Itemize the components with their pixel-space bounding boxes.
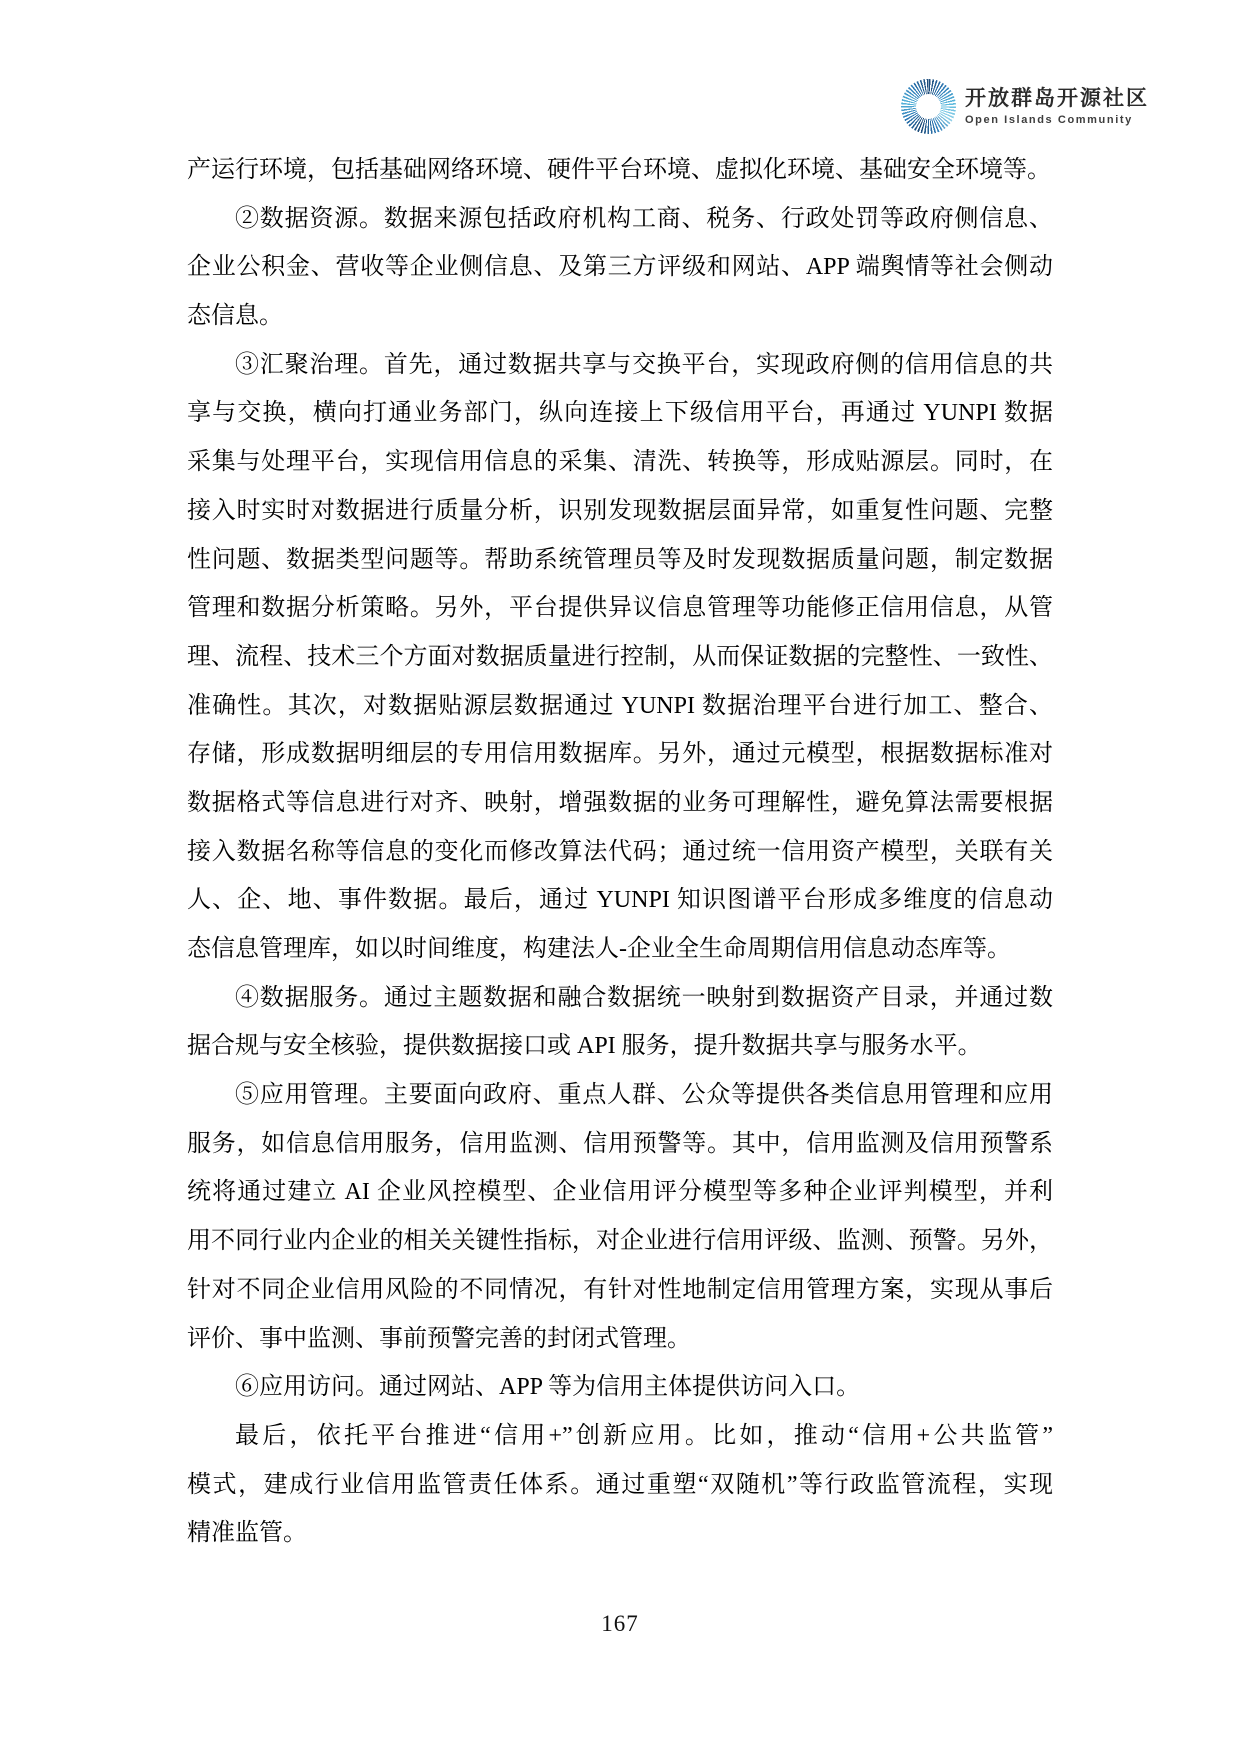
text-line: 最后，依托平台推进“信用+”创新应用。比如，推动“信用+公共监管” bbox=[187, 1412, 1053, 1461]
text-line: 模式，建成行业信用监管责任体系。通过重塑“双随机”等行政监管流程，实现 bbox=[187, 1461, 1053, 1510]
text-line: 人、企、地、事件数据。最后，通过 YUNPI 知识图谱平台形成多维度的信息动 bbox=[187, 876, 1053, 925]
document-page: 开放群岛开源社区 Open Islands Community 产运行环境，包括… bbox=[0, 0, 1240, 1753]
text-line: 接入数据名称等信息的变化而修改算法代码；通过统一信用资产模型，关联有关 bbox=[187, 828, 1053, 877]
text-line: 产运行环境，包括基础网络环境、硬件平台环境、虚拟化环境、基础安全环境等。 bbox=[187, 146, 1053, 195]
open-islands-logo: 开放群岛开源社区 Open Islands Community bbox=[901, 79, 1149, 134]
text-line: 统将通过建立 AI 企业风控模型、企业信用评分模型等多种企业评判模型，并利 bbox=[187, 1168, 1053, 1217]
text-line: 用不同行业内企业的相关关键性指标，对企业进行信用评级、监测、预警。另外， bbox=[187, 1217, 1053, 1266]
text-line: ③汇聚治理。首先，通过数据共享与交换平台，实现政府侧的信用信息的共 bbox=[187, 341, 1053, 390]
text-line: 存储，形成数据明细层的专用信用数据库。另外，通过元模型，根据数据标准对 bbox=[187, 730, 1053, 779]
text-line: 性问题、数据类型问题等。帮助系统管理员等及时发现数据质量问题，制定数据 bbox=[187, 536, 1053, 585]
text-line: ⑥应用访问。通过网站、APP 等为信用主体提供访问入口。 bbox=[187, 1363, 1053, 1412]
text-line: 态信息。 bbox=[187, 292, 1053, 341]
text-line: 准确性。其次，对数据贴源层数据通过 YUNPI 数据治理平台进行加工、整合、 bbox=[187, 682, 1053, 731]
text-line: ④数据服务。通过主题数据和融合数据统一映射到数据资产目录，并通过数 bbox=[187, 974, 1053, 1023]
logo-text: 开放群岛开源社区 Open Islands Community bbox=[965, 87, 1149, 126]
document-body: 产运行环境，包括基础网络环境、硬件平台环境、虚拟化环境、基础安全环境等。②数据资… bbox=[187, 146, 1053, 1558]
text-line: 服务，如信息信用服务，信用监测、信用预警等。其中，信用监测及信用预警系 bbox=[187, 1120, 1053, 1169]
text-line: ②数据资源。数据来源包括政府机构工商、税务、行政处罚等政府侧信息、 bbox=[187, 195, 1053, 244]
logo-title-zh: 开放群岛开源社区 bbox=[965, 87, 1149, 111]
text-line: 数据格式等信息进行对齐、映射，增强数据的业务可理解性，避免算法需要根据 bbox=[187, 779, 1053, 828]
text-line: 评价、事中监测、事前预警完善的封闭式管理。 bbox=[187, 1315, 1053, 1364]
text-line: 采集与处理平台，实现信用信息的采集、清洗、转换等，形成贴源层。同时，在 bbox=[187, 438, 1053, 487]
logo-title-en: Open Islands Community bbox=[965, 114, 1149, 126]
page-number: 167 bbox=[0, 1611, 1240, 1637]
text-line: 态信息管理库，如以时间维度，构建法人-企业全生命周期信用信息动态库等。 bbox=[187, 925, 1053, 974]
text-line: ⑤应用管理。主要面向政府、重点人群、公众等提供各类信息用管理和应用 bbox=[187, 1071, 1053, 1120]
text-line: 针对不同企业信用风险的不同情况，有针对性地制定信用管理方案，实现从事后 bbox=[187, 1266, 1053, 1315]
text-line: 接入时实时对数据进行质量分析，识别发现数据层面异常，如重复性问题、完整 bbox=[187, 487, 1053, 536]
text-line: 理、流程、技术三个方面对数据质量进行控制，从而保证数据的完整性、一致性、 bbox=[187, 633, 1053, 682]
text-line: 享与交换，横向打通业务部门，纵向连接上下级信用平台，再通过 YUNPI 数据 bbox=[187, 389, 1053, 438]
text-line: 管理和数据分析策略。另外，平台提供异议信息管理等功能修正信用信息，从管 bbox=[187, 584, 1053, 633]
open-islands-starburst-icon bbox=[901, 79, 956, 134]
text-line: 据合规与安全核验，提供数据接口或 API 服务，提升数据共享与服务水平。 bbox=[187, 1022, 1053, 1071]
text-line: 精准监管。 bbox=[187, 1509, 1053, 1558]
text-line: 企业公积金、营收等企业侧信息、及第三方评级和网站、APP 端舆情等社会侧动 bbox=[187, 243, 1053, 292]
